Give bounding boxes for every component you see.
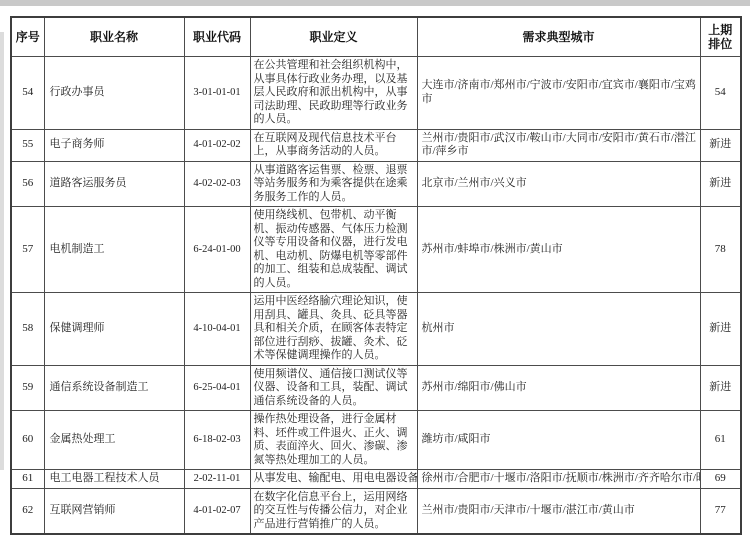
cell-occupation-name: 行政办事员 xyxy=(44,57,184,130)
cell-demand-cities: 大连市/济南市/郑州市/宁波市/安阳市/宜宾市/襄阳市/宝鸡市 xyxy=(417,57,700,130)
cell-demand-cities: 兰州市/贵阳市/武汉市/鞍山市/大同市/安阳市/黄石市/潜江市/萍乡市 xyxy=(417,129,700,161)
table-row: 54行政办事员3-01-01-01在公共管理和社会组织机构中，从事具体行政业务办… xyxy=(11,57,741,130)
table-row: 55电子商务师4-01-02-02在互联网及现代信息技术平台上，从事商务活动的人… xyxy=(11,129,741,161)
cell-occupation-definition: 使用频谱仪、通信接口测试仪等仪器、设备和工具，装配、调试通信系统设备的人员。 xyxy=(250,365,417,411)
table-row: 58保健调理师4-10-04-01运用中医经络腧穴理论知识，使用刮具、罐具、灸具… xyxy=(11,293,741,366)
cell-occupation-code: 6-18-02-03 xyxy=(184,411,250,470)
cell-demand-cities: 潍坊市/咸阳市 xyxy=(417,411,700,470)
cell-occupation-name: 电子商务师 xyxy=(44,129,184,161)
cell-occupation-name: 通信系统设备制造工 xyxy=(44,365,184,411)
cell-occupation-code: 2-02-11-01 xyxy=(184,470,250,489)
cell-demand-cities: 北京市/兰州市/兴义市 xyxy=(417,161,700,207)
cell-occupation-definition: 在公共管理和社会组织机构中，从事具体行政业务办理，以及基层人民政府和派出机构中，… xyxy=(250,57,417,130)
table-row: 61电工电器工程技术人员2-02-11-01从事发电、输配电、用电电器设备科徐州… xyxy=(11,470,741,489)
occupation-ranking-table: 序号 职业名称 职业代码 职业定义 需求典型城市 上期排位 54行政办事员3-0… xyxy=(10,16,742,535)
cell-demand-cities: 徐州市/合肥市/十堰市/洛阳市/抚顺市/株洲市/齐齐哈尔市/昭通 xyxy=(417,470,700,489)
table-row: 62互联网营销师4-01-02-07在数字化信息平台上，运用网络的交互性与传播公… xyxy=(11,488,741,534)
cell-occupation-code: 4-02-02-03 xyxy=(184,161,250,207)
col-header-index: 序号 xyxy=(11,17,44,57)
col-header-occupation-name: 职业名称 xyxy=(44,17,184,57)
cell-index: 58 xyxy=(11,293,44,366)
table-row: 57电机制造工6-24-01-00使用绕线机、包带机、动平衡机、振动传感器、气体… xyxy=(11,207,741,293)
cell-previous-rank: 新进 xyxy=(700,161,741,207)
cell-occupation-definition: 运用中医经络腧穴理论知识，使用刮具、罐具、灸具、砭具等器具和相关介质，在顾客体表… xyxy=(250,293,417,366)
cell-occupation-definition: 从事道路客运售票、检票、退票等站务服务和为乘客提供在途乘务服务工作的人员。 xyxy=(250,161,417,207)
cell-index: 57 xyxy=(11,207,44,293)
table-body: 54行政办事员3-01-01-01在公共管理和社会组织机构中，从事具体行政业务办… xyxy=(11,57,741,535)
cell-previous-rank: 61 xyxy=(700,411,741,470)
scan-artifact-top-bar xyxy=(0,0,750,6)
col-header-occupation-code: 职业代码 xyxy=(184,17,250,57)
cell-index: 62 xyxy=(11,488,44,534)
cell-occupation-definition: 在数字化信息平台上，运用网络的交互性与传播公信力，对企业产品进行营销推广的人员。 xyxy=(250,488,417,534)
table-row: 59通信系统设备制造工6-25-04-01使用频谱仪、通信接口测试仪等仪器、设备… xyxy=(11,365,741,411)
cell-occupation-definition: 在互联网及现代信息技术平台上，从事商务活动的人员。 xyxy=(250,129,417,161)
table-row: 56道路客运服务员4-02-02-03从事道路客运售票、检票、退票等站务服务和为… xyxy=(11,161,741,207)
cell-demand-cities: 苏州市/绵阳市/佛山市 xyxy=(417,365,700,411)
cell-previous-rank: 77 xyxy=(700,488,741,534)
cell-occupation-code: 4-10-04-01 xyxy=(184,293,250,366)
cell-index: 55 xyxy=(11,129,44,161)
cell-previous-rank: 新进 xyxy=(700,129,741,161)
table-row: 60金属热处理工6-18-02-03操作热处理设备，进行金属材料、坯件或工件退火… xyxy=(11,411,741,470)
cell-occupation-name: 互联网营销师 xyxy=(44,488,184,534)
cell-occupation-name: 电机制造工 xyxy=(44,207,184,293)
cell-demand-cities: 苏州市/蚌埠市/株洲市/黄山市 xyxy=(417,207,700,293)
cell-previous-rank: 新进 xyxy=(700,365,741,411)
cell-index: 60 xyxy=(11,411,44,470)
header-row: 序号 职业名称 职业代码 职业定义 需求典型城市 上期排位 xyxy=(11,17,741,57)
col-header-occupation-definition: 职业定义 xyxy=(250,17,417,57)
cell-occupation-code: 6-25-04-01 xyxy=(184,365,250,411)
scan-artifact-left-strip xyxy=(0,32,4,470)
table-header: 序号 职业名称 职业代码 职业定义 需求典型城市 上期排位 xyxy=(11,17,741,57)
cell-previous-rank: 69 xyxy=(700,470,741,489)
cell-occupation-name: 保健调理师 xyxy=(44,293,184,366)
cell-demand-cities: 兰州市/贵阳市/天津市/十堰市/湛江市/黄山市 xyxy=(417,488,700,534)
cell-demand-cities: 杭州市 xyxy=(417,293,700,366)
cell-previous-rank: 54 xyxy=(700,57,741,130)
col-header-demand-cities: 需求典型城市 xyxy=(417,17,700,57)
cell-occupation-definition: 使用绕线机、包带机、动平衡机、振动传感器、气体压力检测仪等专用设备和仪器，进行发… xyxy=(250,207,417,293)
cell-previous-rank: 78 xyxy=(700,207,741,293)
col-header-previous-rank: 上期排位 xyxy=(700,17,741,57)
cell-occupation-code: 3-01-01-01 xyxy=(184,57,250,130)
cell-occupation-name: 道路客运服务员 xyxy=(44,161,184,207)
cell-occupation-name: 电工电器工程技术人员 xyxy=(44,470,184,489)
cell-occupation-definition: 操作热处理设备，进行金属材料、坯件或工件退火、正火、调质、表面淬火、回火、渗碳、… xyxy=(250,411,417,470)
cell-index: 56 xyxy=(11,161,44,207)
cell-index: 54 xyxy=(11,57,44,130)
cell-previous-rank: 新进 xyxy=(700,293,741,366)
cell-occupation-code: 6-24-01-00 xyxy=(184,207,250,293)
cell-index: 59 xyxy=(11,365,44,411)
cell-occupation-code: 4-01-02-07 xyxy=(184,488,250,534)
cell-occupation-definition: 从事发电、输配电、用电电器设备科 xyxy=(250,470,417,489)
cell-occupation-name: 金属热处理工 xyxy=(44,411,184,470)
cell-occupation-code: 4-01-02-02 xyxy=(184,129,250,161)
cell-index: 61 xyxy=(11,470,44,489)
